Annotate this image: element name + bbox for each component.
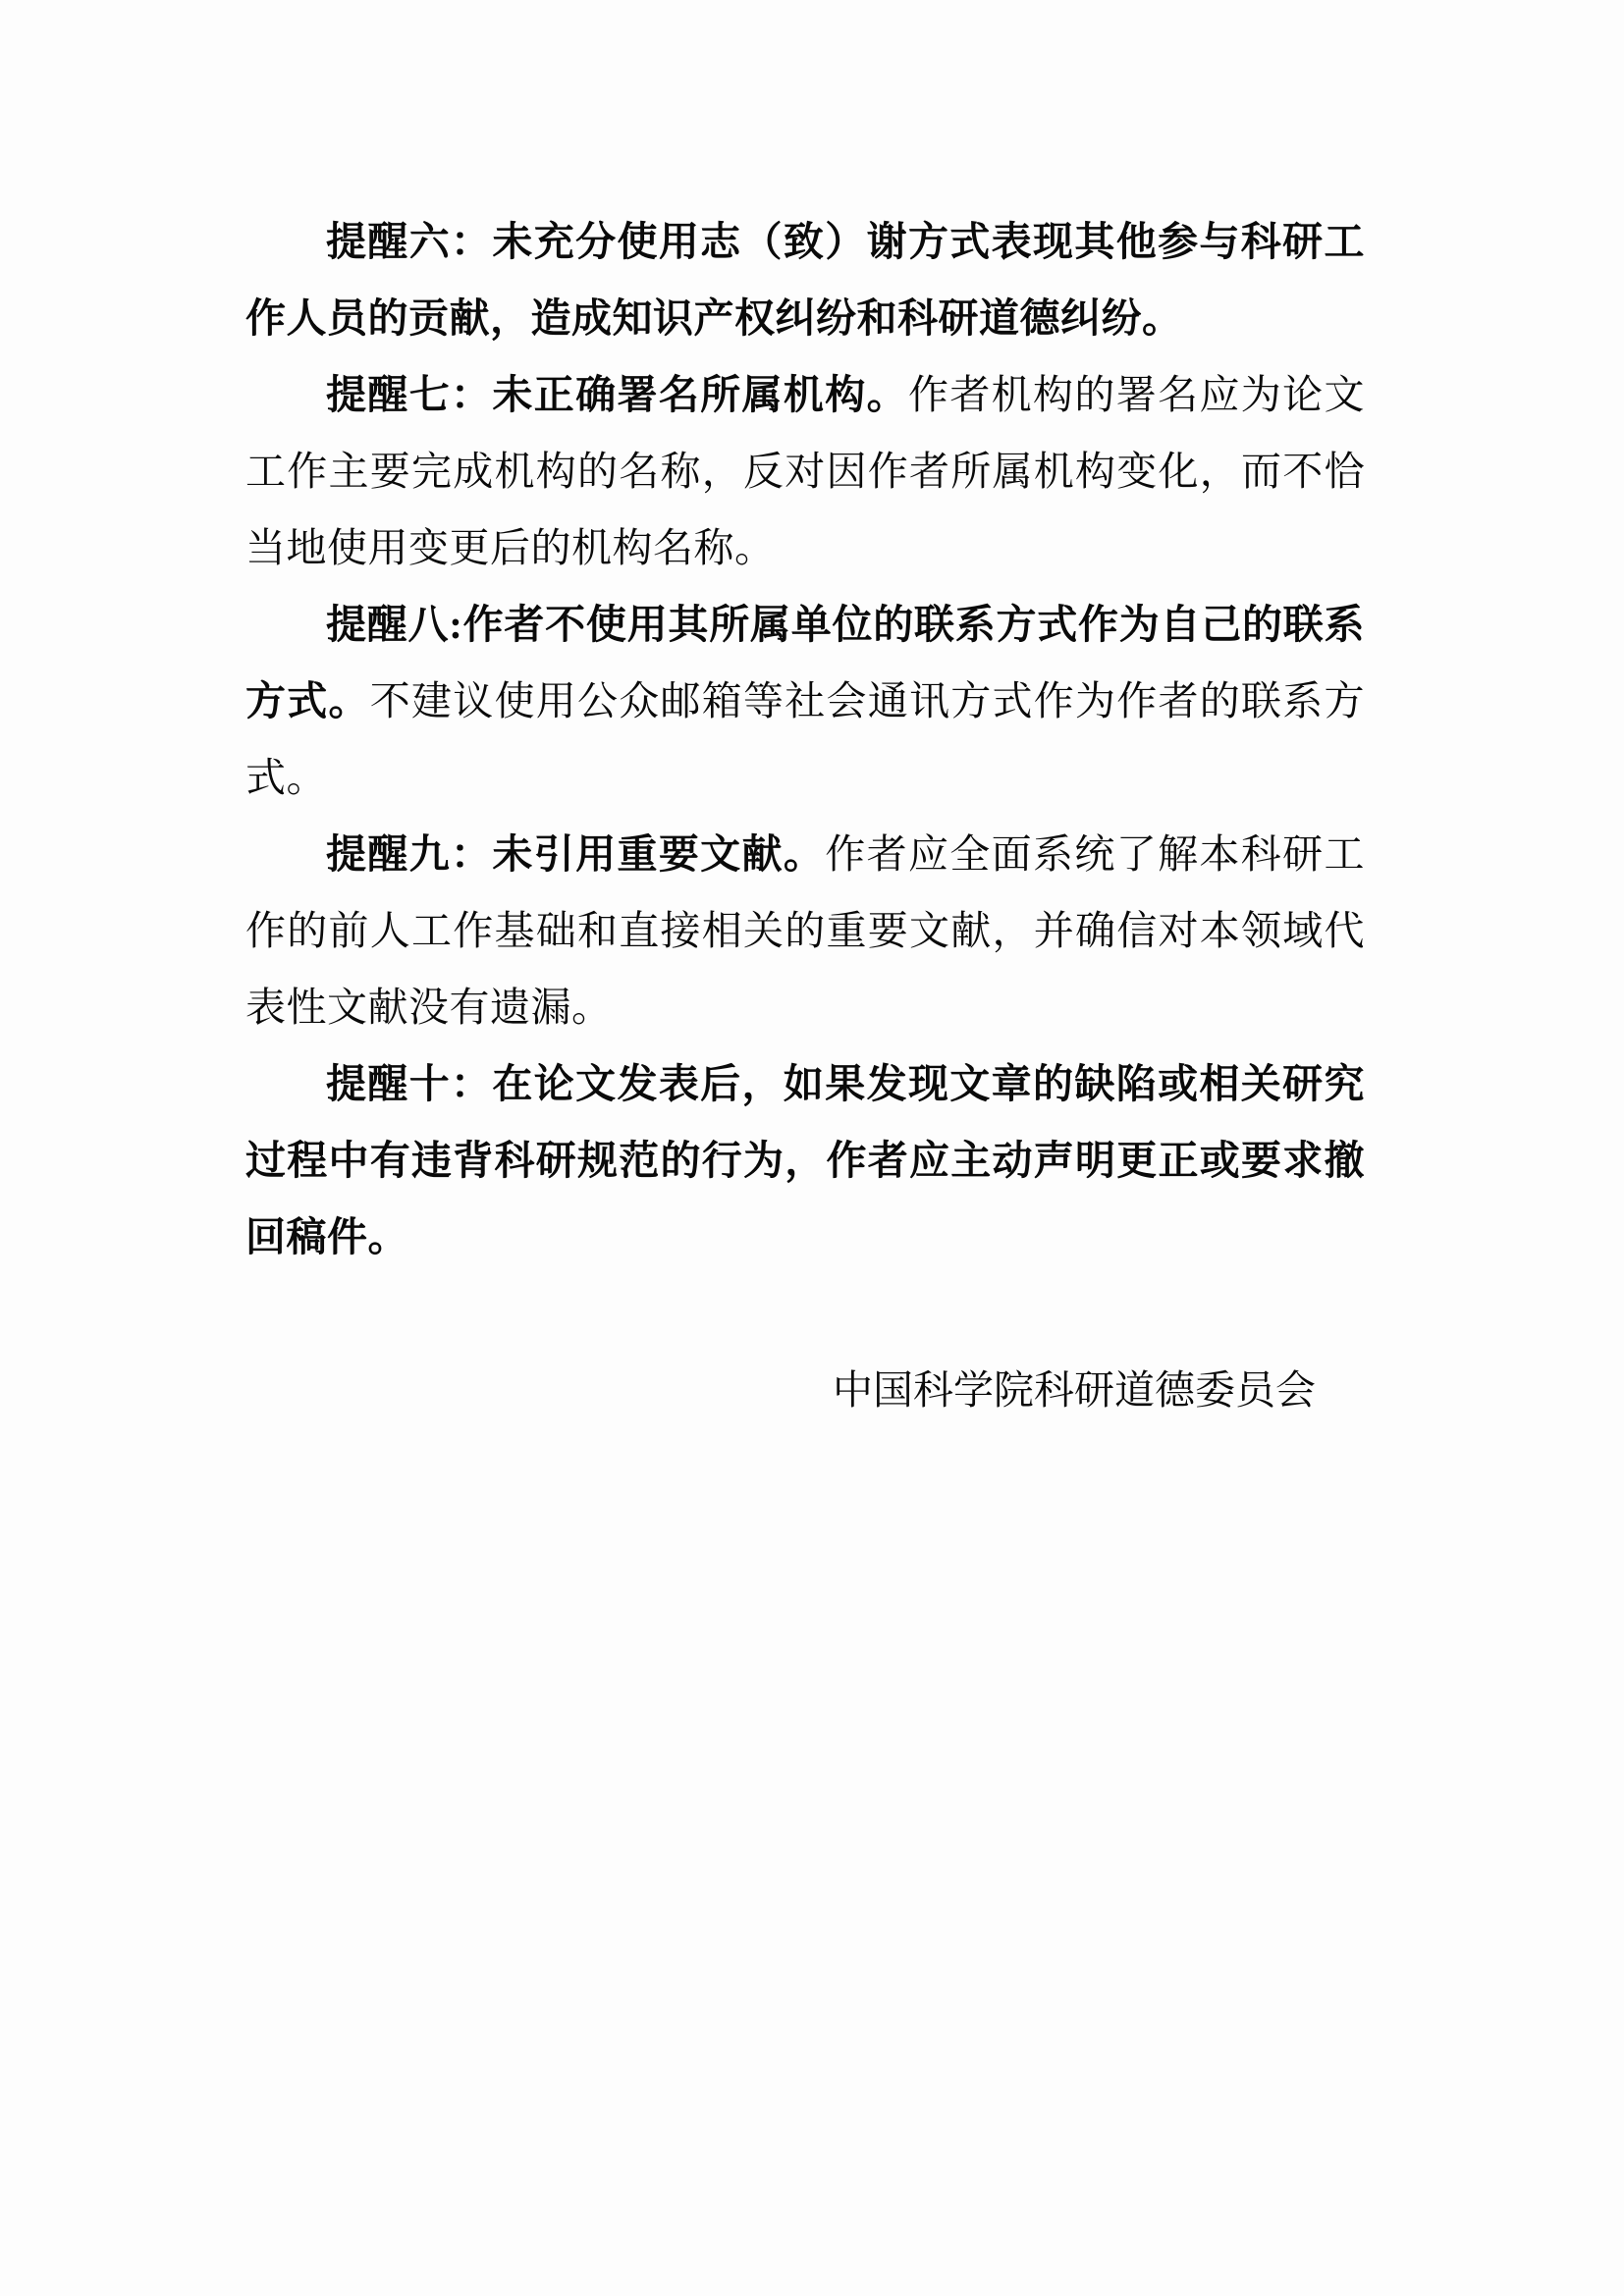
- document-body: 提醒六：未充分使用志（致）谢方式表现其他参与科研工作人员的贡献，造成知识产权纠纷…: [245, 203, 1365, 1428]
- reminder-paragraph-7: 提醒七：未正确署名所属机构。作者机构的署名应为论文工作主要完成机构的名称，反对因…: [245, 356, 1365, 586]
- reminder-paragraph-9: 提醒九：未引用重要文献。作者应全面系统了解本科研工作的前人工作基础和直接相关的重…: [245, 816, 1365, 1045]
- reminder-paragraph-6: 提醒六：未充分使用志（致）谢方式表现其他参与科研工作人员的贡献，造成知识产权纠纷…: [245, 203, 1365, 356]
- document-page: 提醒六：未充分使用志（致）谢方式表现其他参与科研工作人员的贡献，造成知识产权纠纷…: [0, 0, 1624, 2296]
- reminder-7-bold-text: 提醒七：未正确署名所属机构。: [326, 372, 908, 417]
- reminder-9-bold-text: 提醒九：未引用重要文献。: [326, 831, 825, 877]
- signature-line: 中国科学院科研道德委员会: [245, 1352, 1365, 1428]
- reminder-10-bold-text: 提醒十：在论文发表后，如果发现文章的缺陷或相关研究过程中有违背科研规范的行为，作…: [245, 1061, 1365, 1259]
- reminder-paragraph-8: 提醒八:作者不使用其所属单位的联系方式作为自己的联系方式。不建议使用公众邮箱等社…: [245, 586, 1365, 816]
- reminder-paragraph-10: 提醒十：在论文发表后，如果发现文章的缺陷或相关研究过程中有违背科研规范的行为，作…: [245, 1045, 1365, 1275]
- reminder-8-regular-text: 不建议使用公众邮箱等社会通讯方式作为作者的联系方式。: [245, 678, 1365, 800]
- reminder-6-bold-text: 提醒六：未充分使用志（致）谢方式表现其他参与科研工作人员的贡献，造成知识产权纠纷…: [245, 219, 1365, 341]
